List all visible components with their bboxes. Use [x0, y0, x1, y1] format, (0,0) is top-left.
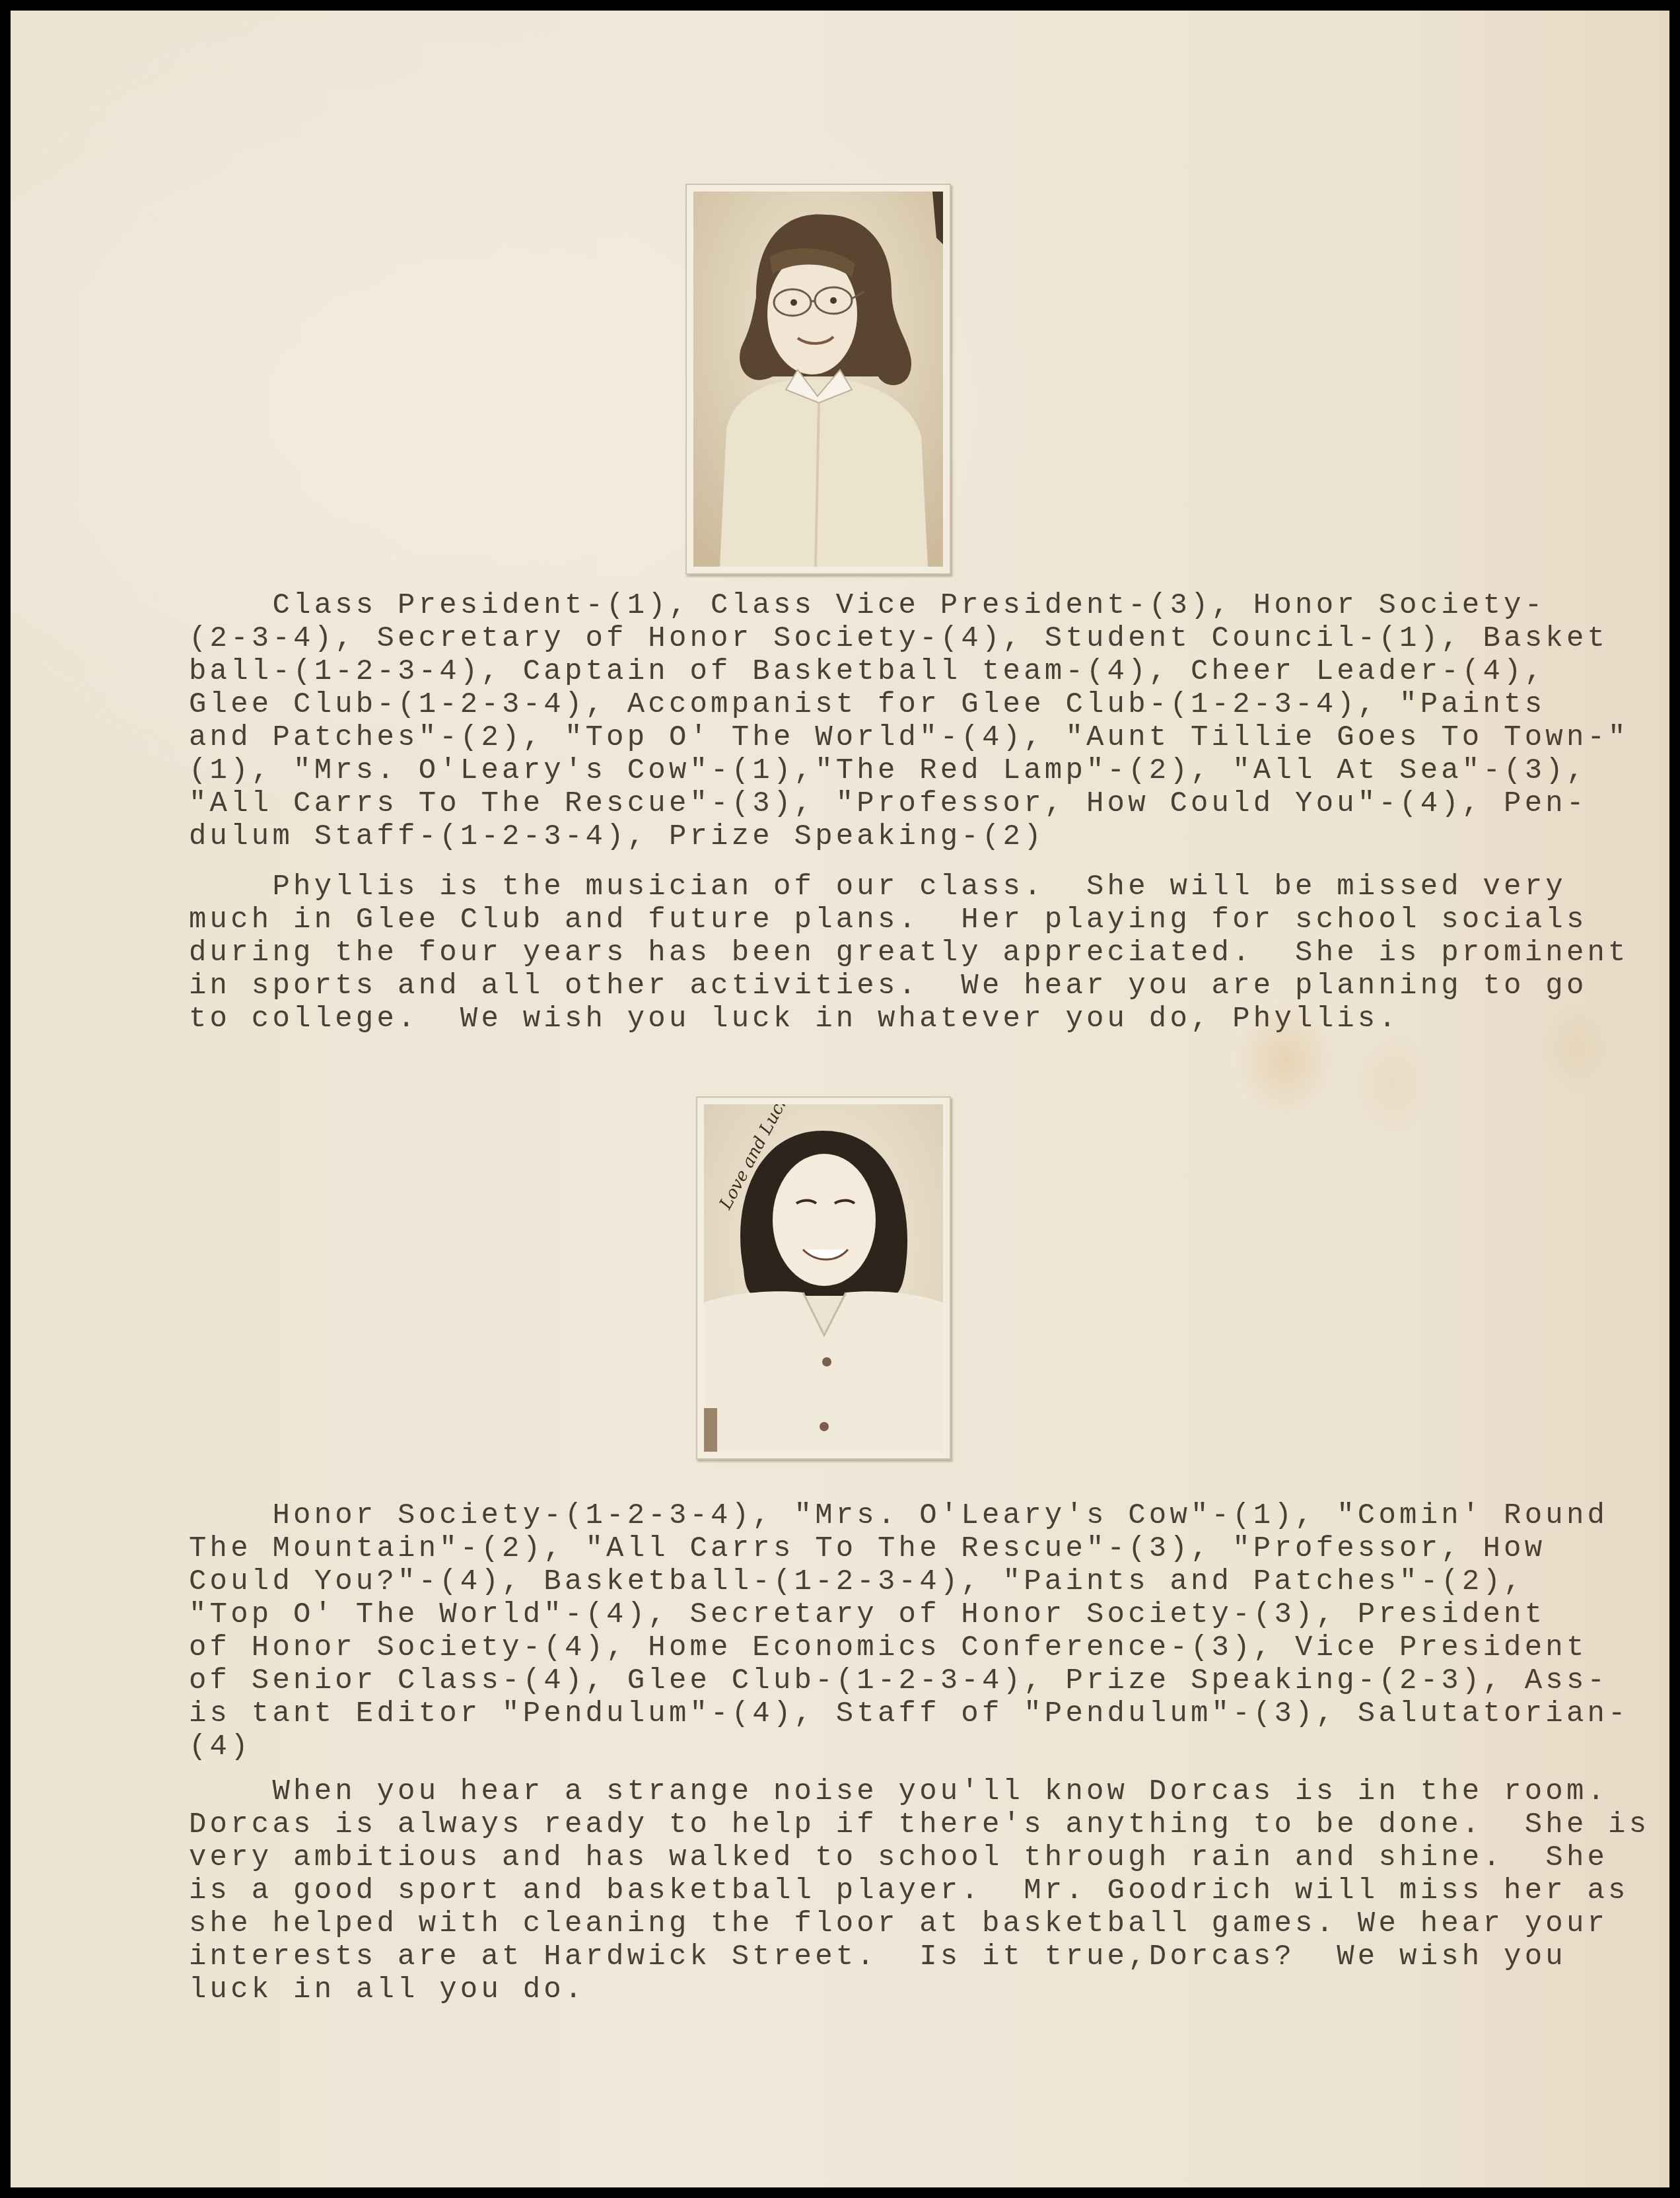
writeup-line: in sports and all other activities. We h…: [189, 970, 1595, 1003]
portrait-photo-phyllis: [685, 184, 951, 575]
activities-line: and Patches"-(2), "Top O' The World"-(4)…: [189, 721, 1595, 754]
yearbook-page: Class President-(1), Class Vice Presiden…: [11, 11, 1669, 2187]
writeup-line: interests are at Hardwick Street. Is it …: [189, 1940, 1595, 1973]
writeup-line: very ambitious and has walked to school …: [189, 1841, 1595, 1874]
writeup-line: is a good sport and basketball player. M…: [189, 1874, 1595, 1907]
activities-line: (4): [189, 1730, 1595, 1763]
activities-line: Could You?"-(4), Basketball-(1-2-3-4), "…: [189, 1565, 1595, 1598]
writeup-line: Phyllis is the musician of our class. Sh…: [189, 870, 1595, 904]
activities-line: of Honor Society-(4), Home Economics Con…: [189, 1631, 1595, 1664]
activities-text-phyllis: Class President-(1), Class Vice Presiden…: [189, 589, 1595, 853]
portrait-photo-dorcas: Love and Luck, Dorcas: [696, 1096, 951, 1460]
activities-line: ball-(1-2-3-4), Captain of Basketball te…: [189, 655, 1595, 688]
writeup-text-phyllis: Phyllis is the musician of our class. Sh…: [189, 870, 1595, 1036]
activities-line: "All Carrs To The Rescue"-(3), "Professo…: [189, 787, 1595, 820]
activities-line: Honor Society-(1-2-3-4), "Mrs. O'Leary's…: [189, 1499, 1595, 1532]
writeup-line: Dorcas is always ready to help if there'…: [189, 1808, 1595, 1841]
activities-line: Glee Club-(1-2-3-4), Accompanist for Gle…: [189, 688, 1595, 721]
portrait-image: [693, 192, 943, 567]
writeup-line: to college. We wish you luck in whatever…: [189, 1003, 1595, 1036]
portrait-girl-glasses-icon: [693, 192, 943, 567]
activities-text-dorcas: Honor Society-(1-2-3-4), "Mrs. O'Leary's…: [189, 1499, 1595, 1763]
portrait-image: Love and Luck, Dorcas: [704, 1104, 943, 1452]
writeup-line: much in Glee Club and future plans. Her …: [189, 904, 1595, 937]
writeup-line: she helped with cleaning the floor at ba…: [189, 1907, 1595, 1940]
activities-line: Class President-(1), Class Vice Presiden…: [189, 589, 1595, 622]
activities-line: "Top O' The World"-(4), Secretary of Hon…: [189, 1598, 1595, 1631]
writeup-text-dorcas: When you hear a strange noise you'll kno…: [189, 1775, 1595, 2006]
activities-line: (1), "Mrs. O'Leary's Cow"-(1),"The Red L…: [189, 754, 1595, 787]
writeup-line: luck in all you do.: [189, 1973, 1595, 2006]
activities-line: of Senior Class-(4), Glee Club-(1-2-3-4)…: [189, 1664, 1595, 1697]
activities-line: dulum Staff-(1-2-3-4), Prize Speaking-(2…: [189, 820, 1595, 853]
writeup-line: When you hear a strange noise you'll kno…: [189, 1775, 1595, 1808]
activities-line: is tant Editor "Pendulum"-(4), Staff of …: [189, 1697, 1595, 1730]
activities-line: The Mountain"-(2), "All Carrs To The Res…: [189, 1532, 1595, 1565]
activities-line: (2-3-4), Secretary of Honor Society-(4),…: [189, 622, 1595, 655]
writeup-line: during the four years has been greatly a…: [189, 937, 1595, 970]
